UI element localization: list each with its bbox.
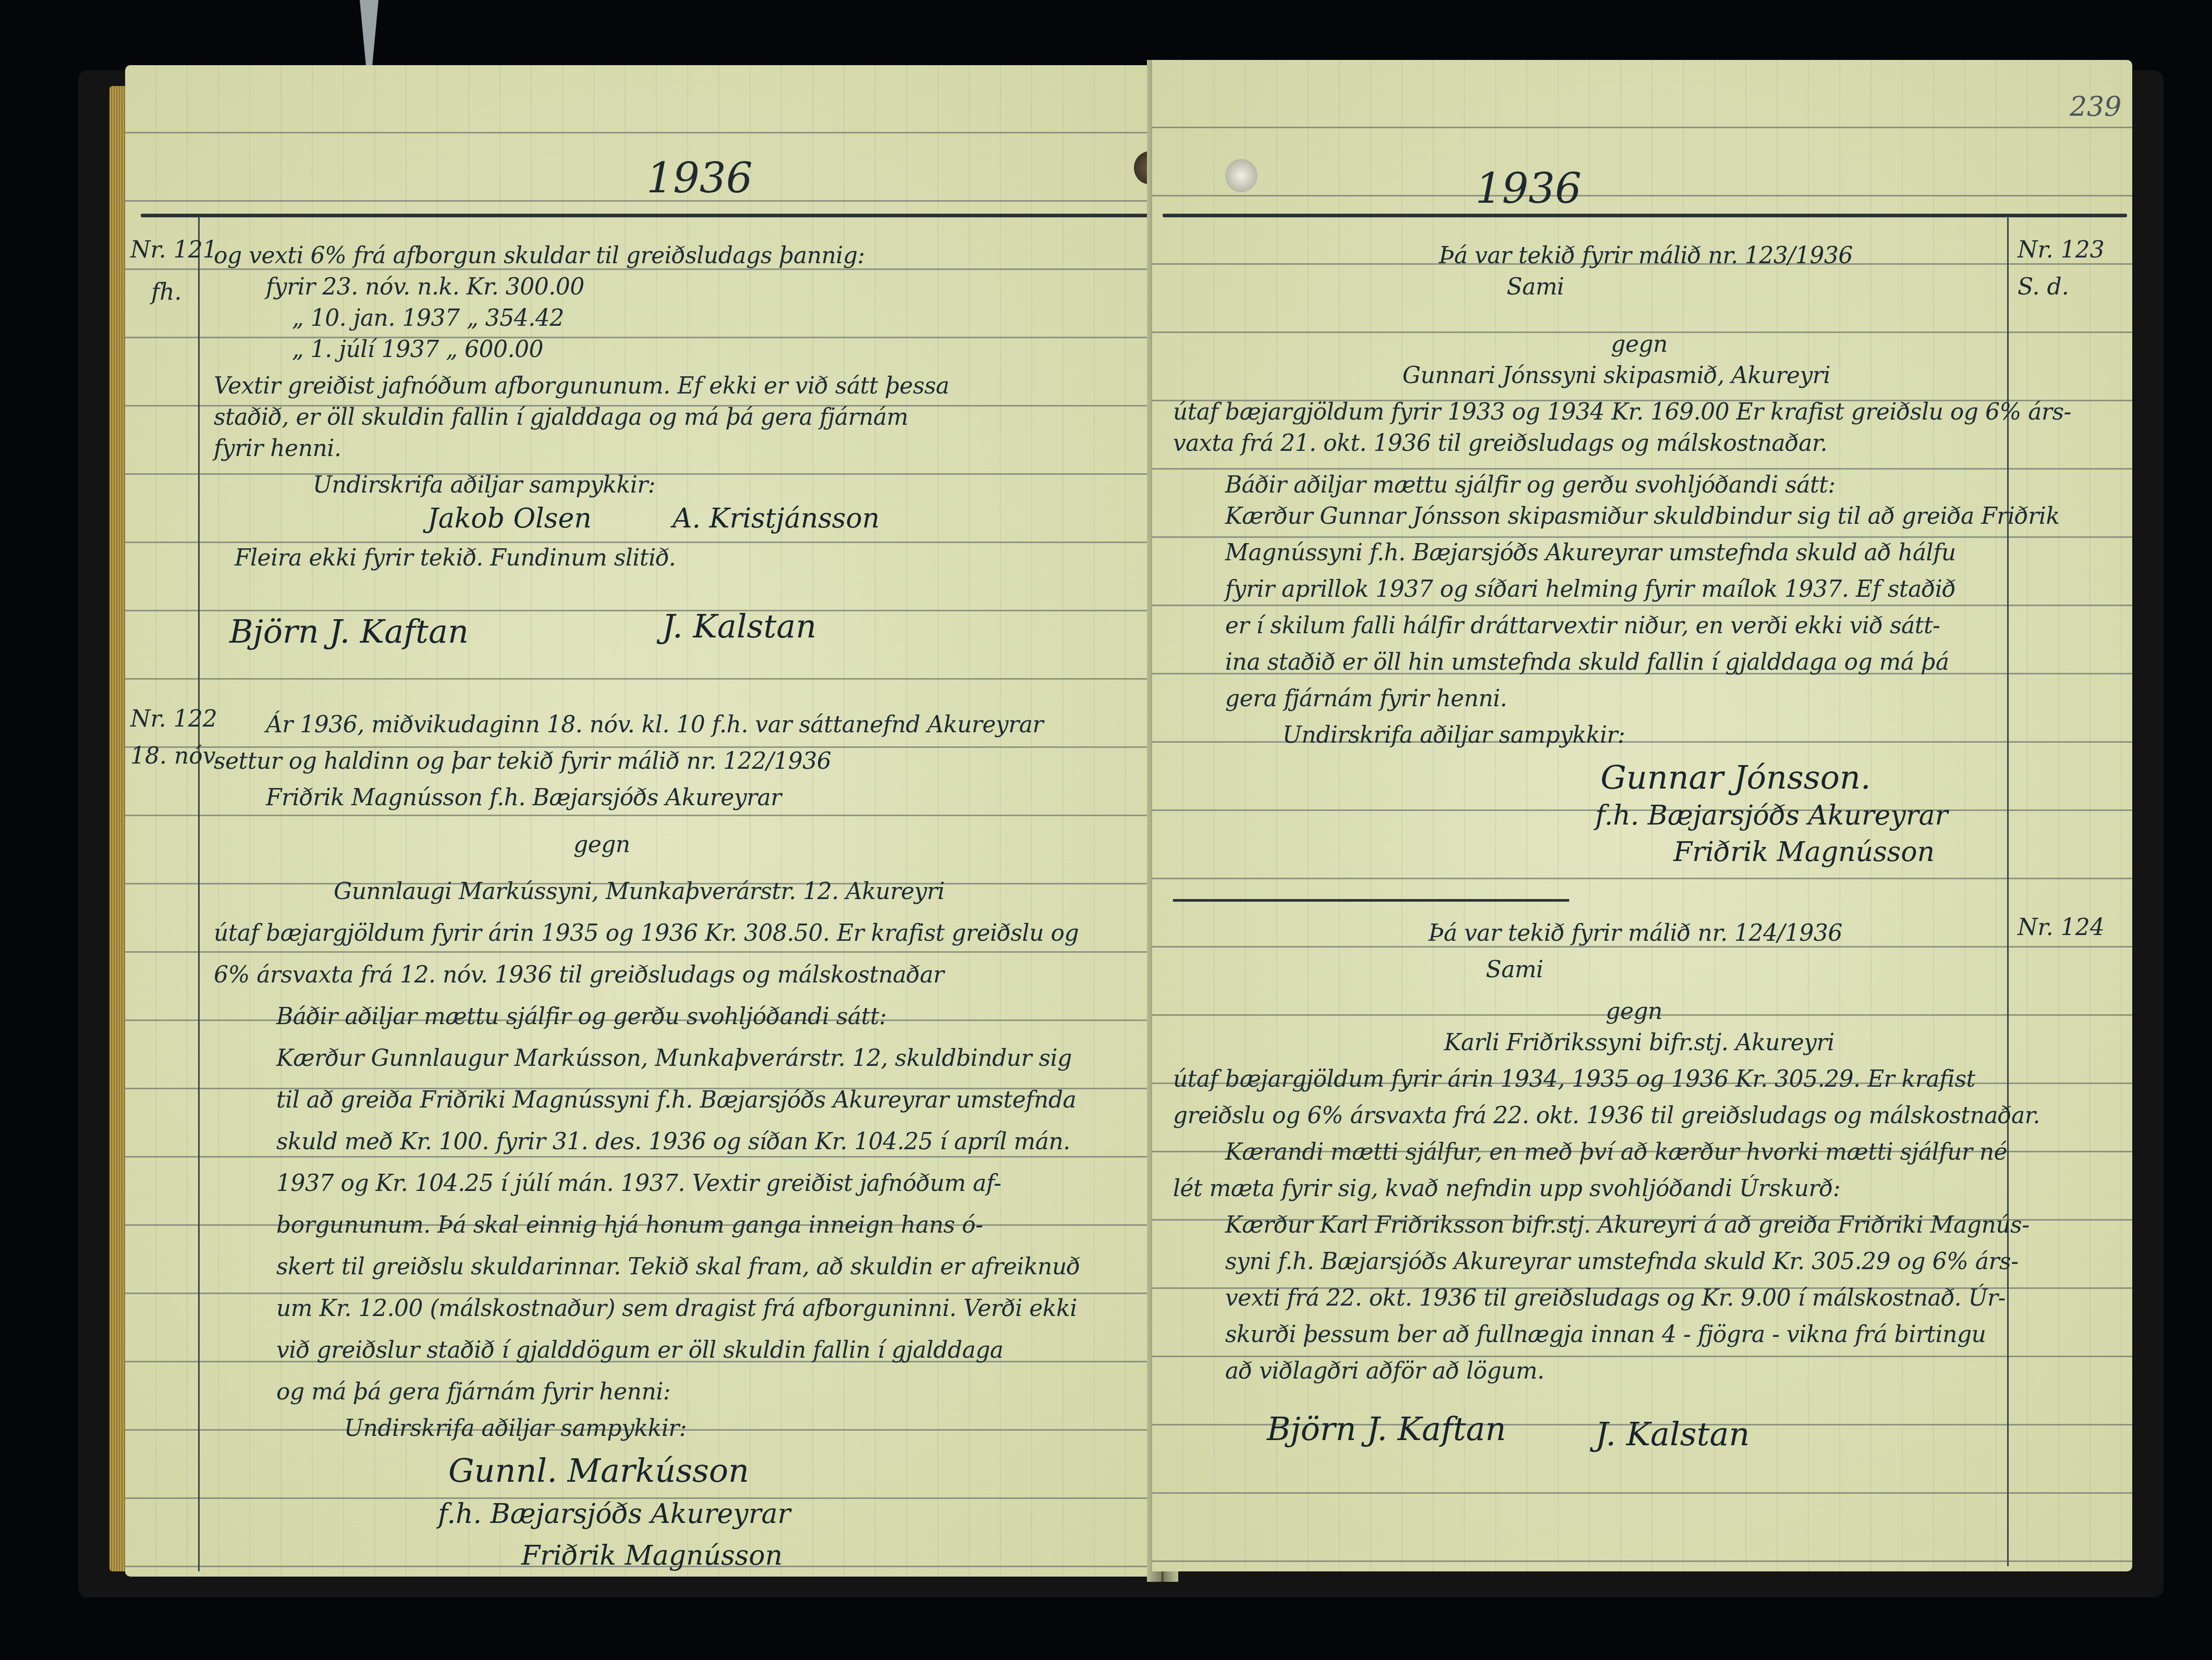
signature: f.h. Bæjarsjóðs Akureyrar bbox=[1595, 800, 1948, 831]
entry-text-line: Þá var tekið fyrir málið nr. 124/1936 bbox=[1428, 920, 1842, 946]
entry-text-line: fyrir aprillok 1937 og síðari helming fy… bbox=[1225, 576, 1956, 602]
entry-text-line: útaf bæjargjöldum fyrir árin 1935 og 193… bbox=[214, 920, 1079, 946]
entry-text-line: skurði þessum ber að fullnægja innan 4 -… bbox=[1225, 1321, 1986, 1348]
entry-text-line: 1937 og Kr. 104.25 í júlí mán. 1937. Vex… bbox=[276, 1170, 1001, 1197]
entry-text-line: Ár 1936, miðvikudaginn 18. nóv. kl. 10 f… bbox=[266, 711, 1043, 738]
entry-text-line: gera fjárnám fyrir henni. bbox=[1225, 685, 1507, 712]
entry-text-line: Kærður Karl Friðriksson bifr.stj. Akurey… bbox=[1225, 1212, 2030, 1238]
signature: f.h. Bæjarsjóðs Akureyrar bbox=[438, 1498, 790, 1530]
entry-text-line: og má þá gera fjárnám fyrir henni: bbox=[276, 1379, 670, 1405]
entry-text-line: 6% ársvaxta frá 12. nóv. 1936 til greiðs… bbox=[214, 962, 944, 988]
entry-text-line: borgununum. Þá skal einnig hjá honum gan… bbox=[276, 1212, 983, 1238]
signature: A. Kristjánsson bbox=[673, 503, 879, 534]
entry-text-line: gegn bbox=[1606, 998, 1663, 1025]
entry-text-line: skuld með Kr. 100. fyrir 31. des. 1936 o… bbox=[276, 1128, 1070, 1155]
entry-text-line: Báðir aðiljar mættu sjálfir og gerðu svo… bbox=[276, 1003, 887, 1030]
official-signature: Björn J. Kaftan bbox=[1267, 1410, 1506, 1448]
entry-text-line: Kærður Gunnar Jónsson skipasmiður skuldb… bbox=[1225, 503, 2060, 530]
entry-text-line: útaf bæjargjöldum fyrir 1933 og 1934 Kr.… bbox=[1173, 399, 2071, 425]
entry-text-line: Gunnlaugi Markússyni, Munkaþverárstr. 12… bbox=[334, 878, 945, 905]
binding-hole bbox=[1225, 159, 1257, 192]
margin-rule bbox=[198, 216, 200, 1571]
right-page: 239 1936 Nr. 123 S. d. Þá var tekið fyri… bbox=[1152, 60, 2132, 1571]
header-rule bbox=[141, 214, 1163, 217]
entry-text-line: Gunnari Jónssyni skipasmið, Akureyri bbox=[1402, 362, 1830, 389]
signature: Friðrik Magnússon bbox=[1673, 837, 1935, 868]
page-year: 1936 bbox=[1475, 164, 1582, 213]
header-rule bbox=[1163, 214, 2127, 217]
entry-text-line: greiðslu og 6% ársvaxta frá 22. okt. 193… bbox=[1173, 1102, 2040, 1129]
entry-text-line: Friðrik Magnússon f.h. Bæjarsjóðs Akurey… bbox=[266, 784, 781, 811]
official-signature: J. Kalstan bbox=[662, 607, 816, 645]
entry-number: Nr. 123 S. d. bbox=[2018, 237, 2105, 300]
entry-text-line: lét mæta fyrir sig, kvað nefndin upp svo… bbox=[1173, 1175, 1840, 1202]
entry-text-line: við greiðslur staðið í gjalddögum er öll… bbox=[276, 1337, 1004, 1363]
closing-text: Fleira ekki fyrir tekið. Fundinum slitið… bbox=[235, 545, 676, 571]
entry-text-line: Vextir greiðist jafnóðum afborgununum. E… bbox=[214, 373, 949, 399]
entry-text-line: er í skilum falli hálfir dráttarvextir n… bbox=[1225, 612, 1940, 639]
entry-text-line: til að greiða Friðriki Magnússyni f.h. B… bbox=[276, 1087, 1076, 1113]
entry-text-line: fyrir henni. bbox=[214, 435, 341, 462]
entry-text-line: skert til greiðslu skuldarinnar. Tekið s… bbox=[276, 1253, 1080, 1280]
signature: Gunnl. Markússon bbox=[448, 1452, 749, 1490]
entry-text-line: gegn bbox=[1611, 331, 1668, 358]
page-number: 239 bbox=[2070, 91, 2121, 122]
entry-number: Nr. 122 18. nóv. bbox=[130, 706, 220, 769]
entry-number: Nr. 121 fh. bbox=[130, 237, 217, 305]
signature: Jakob Olsen bbox=[427, 503, 592, 534]
entry-text-line: Undirskrifa aðiljar sampykkir: bbox=[313, 472, 655, 498]
entry-text-line: settur og haldinn og þar tekið fyrir mál… bbox=[214, 748, 831, 774]
entry-divider bbox=[1173, 899, 1569, 902]
entry-text-line: Kærður Gunnlaugur Markússon, Munkaþverár… bbox=[276, 1045, 1072, 1072]
page-year: 1936 bbox=[646, 154, 753, 202]
entry-text-line: vaxta frá 21. okt. 1936 til greiðsludags… bbox=[1173, 430, 1827, 457]
entry-text-line: fyrir 23. nóv. n.k. Kr. 300.00 bbox=[266, 274, 584, 300]
entry-number: Nr. 124 bbox=[2018, 915, 2105, 941]
entry-text-line: syni f.h. Bæjarsjóðs Akureyrar umstefnda… bbox=[1225, 1248, 2019, 1275]
left-page: 1936 Nr. 121 fh. og vexti 6% frá afborgu… bbox=[125, 65, 1173, 1577]
signature: Friðrik Magnússon bbox=[521, 1540, 783, 1571]
entry-text-line: Þá var tekið fyrir málið nr. 123/1936 bbox=[1439, 242, 1853, 269]
entry-text-line: Undirskrifa aðiljar sampykkir: bbox=[1282, 722, 1625, 748]
entry-text-line: að viðlagðri aðför að lögum. bbox=[1225, 1358, 1544, 1384]
open-ledger-book: 1936 Nr. 121 fh. og vexti 6% frá afborgu… bbox=[78, 50, 2164, 1603]
entry-text-line: Kærandi mætti sjálfur, en með því að kær… bbox=[1225, 1139, 2007, 1165]
entry-text-line: Sami bbox=[1507, 274, 1564, 300]
entry-text-line: staðið, er öll skuldin fallin í gjalddag… bbox=[214, 404, 908, 431]
entry-text-line: Magnússyni f.h. Bæjarsjóðs Akureyrar ums… bbox=[1225, 539, 1956, 566]
entry-text-line: og vexti 6% frá afborgun skuldar til gre… bbox=[214, 242, 865, 269]
official-signature: Björn J. Kaftan bbox=[229, 612, 469, 650]
entry-text-line: Karli Friðrikssyni bifr.stj. Akureyri bbox=[1444, 1029, 1834, 1056]
entry-text-line: Undirskrifa aðiljar sampykkir: bbox=[344, 1415, 687, 1442]
official-signature: J. Kalstan bbox=[1595, 1415, 1750, 1453]
entry-text-line: útaf bæjargjöldum fyrir árin 1934, 1935 … bbox=[1173, 1066, 1975, 1092]
entry-text-line: vexti frá 22. okt. 1936 til greiðsludags… bbox=[1225, 1285, 2006, 1311]
entry-text-line: Sami bbox=[1486, 956, 1543, 983]
entry-text-line: Báðir aðiljar mættu sjálfir og gerðu svo… bbox=[1225, 472, 1836, 498]
entry-text-line: gegn bbox=[573, 831, 630, 858]
entry-text-line: ina staðið er öll hin umstefnda skuld fa… bbox=[1225, 649, 1949, 675]
entry-text-line: „ 1. júlí 1937 „ 600.00 bbox=[292, 336, 543, 363]
signature: Gunnar Jónsson. bbox=[1600, 758, 1871, 796]
entry-text-line: um Kr. 12.00 (málskostnaður) sem dragist… bbox=[276, 1295, 1077, 1322]
entry-text-line: „ 10. jan. 1937 „ 354.42 bbox=[292, 305, 564, 331]
